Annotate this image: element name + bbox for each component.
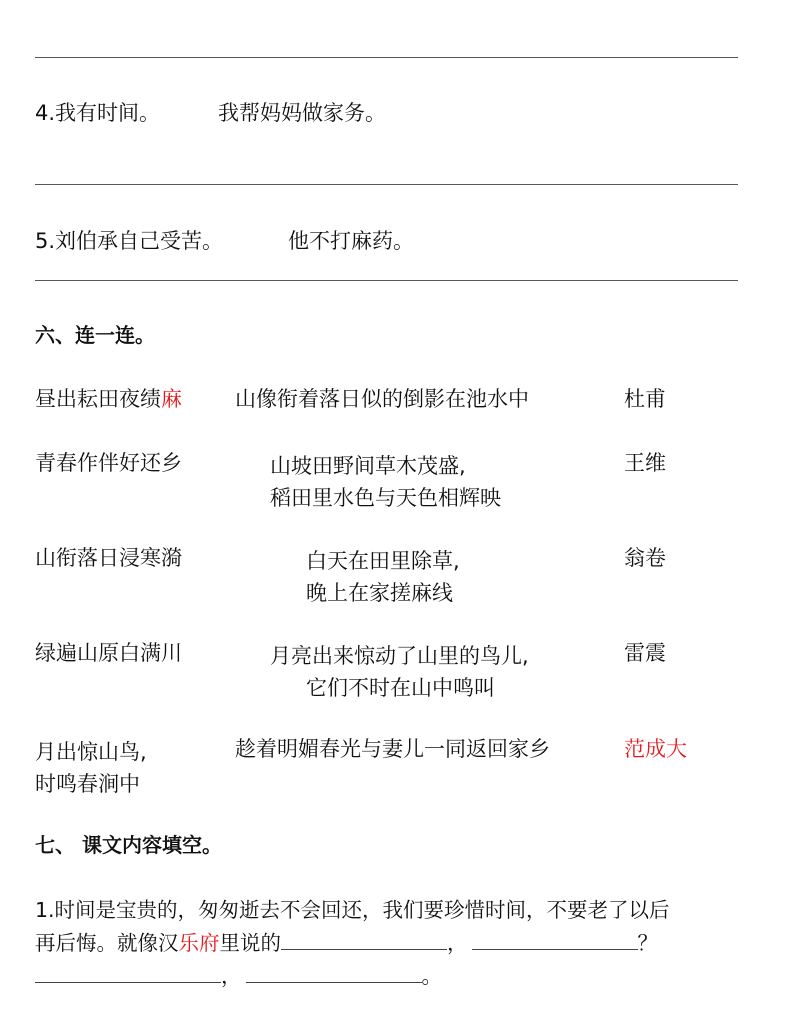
answer-line-5[interactable] <box>35 280 738 281</box>
fill-blank-1[interactable] <box>281 929 447 950</box>
fill-blank-2[interactable] <box>472 929 638 950</box>
match-poem-1[interactable]: 昼出耘田夜绩麻 <box>35 386 182 412</box>
poem-line-2: 时鸣春涧中 <box>35 768 147 800</box>
meaning-line-2: 稻田里水色与天色相辉映 <box>270 482 501 514</box>
fill-blank-3[interactable] <box>35 962 221 983</box>
q1-highlight: 乐府 <box>179 931 220 955</box>
match-meaning-1[interactable]: 山像衔着落日似的倒影在池水中 <box>235 386 529 412</box>
q1-line-1: 1.时间是宝贵的，匆匆逝去不会回还，我们要珍惜时间，不要老了以后 <box>35 897 670 923</box>
exercise-4-clause-a: 我有时间。 <box>55 101 160 125</box>
q1-prefix: 再后悔。就像汉 <box>35 931 179 955</box>
comma: ， <box>221 964 242 988</box>
match-meaning-3[interactable]: 白天在田里除草, 晚上在家搓麻线 <box>306 545 460 609</box>
match-author-2[interactable]: 王维 <box>624 450 666 476</box>
comma: ， <box>447 931 468 955</box>
q1-line-2: 再后悔。就像汉乐府里说的，？ <box>35 929 658 956</box>
meaning-line-1: 山坡田野间草木茂盛, <box>270 450 501 482</box>
match-author-4[interactable]: 雷震 <box>624 640 666 666</box>
match-author-1[interactable]: 杜甫 <box>624 386 666 412</box>
match-poem-4[interactable]: 绿遍山原白满川 <box>35 640 182 666</box>
match-meaning-2[interactable]: 山坡田野间草木茂盛, 稻田里水色与天色相辉映 <box>270 450 501 514</box>
poem-highlight: 麻 <box>161 387 182 411</box>
question-mark: ？ <box>638 931 659 955</box>
meaning-line-2: 晚上在家搓麻线 <box>306 577 460 609</box>
answer-line-3 <box>35 57 738 58</box>
exercise-5: 5.刘伯承自己受苦。 <box>35 228 223 254</box>
exercise-5-number: 5. <box>35 229 55 253</box>
section-seven-title: 七、 课文内容填空。 <box>35 832 222 858</box>
match-poem-2[interactable]: 青春作伴好还乡 <box>35 450 182 476</box>
meaning-line-1: 月亮出来惊动了山里的鸟儿, <box>270 640 529 672</box>
period: 。 <box>422 964 443 988</box>
match-author-5[interactable]: 范成大 <box>624 736 687 762</box>
exercise-4-number: 4. <box>35 101 55 125</box>
meaning-line-2: 它们不时在山中鸣叫 <box>270 672 529 704</box>
exercise-4-clause-b: 我帮妈妈做家务。 <box>218 100 386 126</box>
poem-line-1: 月出惊山鸟, <box>35 736 147 768</box>
q1-suffix: 里说的 <box>220 931 282 955</box>
poem-text: 昼出耘田夜绩 <box>35 387 161 411</box>
match-meaning-4[interactable]: 月亮出来惊动了山里的鸟儿, 它们不时在山中鸣叫 <box>270 640 529 704</box>
section-six-title: 六、连一连。 <box>35 322 155 348</box>
match-author-3[interactable]: 翁卷 <box>624 545 666 571</box>
q1-line-3: ，。 <box>35 962 442 989</box>
exercise-4: 4.我有时间。 <box>35 100 160 126</box>
fill-blank-4[interactable] <box>246 962 422 983</box>
exercise-5-clause-b: 他不打麻药。 <box>288 228 414 254</box>
answer-line-4[interactable] <box>35 184 738 185</box>
match-poem-5[interactable]: 月出惊山鸟, 时鸣春涧中 <box>35 736 147 800</box>
match-poem-3[interactable]: 山衔落日浸寒漪 <box>35 545 182 571</box>
match-meaning-5[interactable]: 趁着明媚春光与妻儿一同返回家乡 <box>235 736 550 762</box>
exercise-5-clause-a: 刘伯承自己受苦。 <box>55 229 223 253</box>
meaning-line-1: 白天在田里除草, <box>306 545 460 577</box>
